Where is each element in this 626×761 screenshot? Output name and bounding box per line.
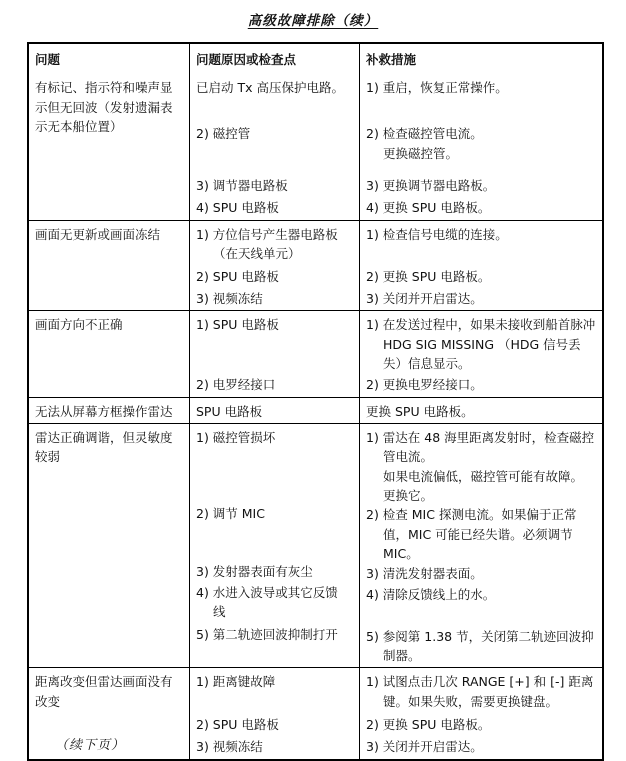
remedy-item: 4) 更换 SPU 电路板。: [366, 198, 596, 217]
remedy-cell: 1) 重启，恢复正常操作。2) 检查磁控管电流。 更换磁控管。3) 更换调节器电…: [360, 74, 602, 219]
table-header-row: 问题 问题原因或检查点 补救措施: [29, 44, 602, 74]
remedy-item: 3) 更换调节器电路板。: [366, 176, 596, 198]
column-header-cause: 问题原因或检查点: [190, 44, 360, 74]
troubleshooting-table: 问题 问题原因或检查点 补救措施 有标记、指示符和噪声显示但无回波（发射遗漏表示…: [27, 42, 604, 761]
table-row: 无法从屏幕方框操作雷达SPU 电路板更换 SPU 电路板。: [29, 397, 602, 423]
remedy-item: 1) 在发送过程中，如果未接收到船首脉冲 HDG SIG MISSING （HD…: [366, 315, 596, 375]
cause-cell: 1) 距离键故障2) SPU 电路板3) 视频冻结: [190, 668, 360, 758]
table-body: 有标记、指示符和噪声显示但无回波（发射遗漏表示无本船位置）已启动 Tx 高压保护…: [29, 74, 602, 758]
cause-item: 1) SPU 电路板: [196, 315, 353, 375]
column-header-remedy: 补救措施: [360, 44, 602, 74]
continued-note: （续下页）: [55, 734, 125, 753]
table-row: 画面方向不正确1) SPU 电路板2) 电罗经接口1) 在发送过程中，如果未接收…: [29, 310, 602, 396]
cause-cell: 1) 磁控管损坏2) 调节 MIC3) 发射器表面有灰尘4) 水进入波导或其它反…: [190, 424, 360, 667]
cause-item: SPU 电路板: [196, 402, 353, 421]
cause-item: 1) 磁控管损坏: [196, 428, 353, 504]
remedy-item: 更换 SPU 电路板。: [366, 402, 596, 421]
cause-cell: 已启动 Tx 高压保护电路。2) 磁控管3) 调节器电路板4) SPU 电路板: [190, 74, 360, 219]
remedy-cell: 1) 检查信号电缆的连接。2) 更换 SPU 电路板。3) 关闭并开启雷达。: [360, 221, 602, 310]
problem-cell: 雷达正确调谐，但灵敏度较弱: [29, 424, 190, 667]
problem-cell: 画面无更新或画面冻结: [29, 221, 190, 310]
table-row: 雷达正确调谐，但灵敏度较弱1) 磁控管损坏2) 调节 MIC3) 发射器表面有灰…: [29, 423, 602, 667]
remedy-item: 3) 关闭并开启雷达。: [366, 737, 596, 756]
remedy-item: 2) 检查磁控管电流。 更换磁控管。: [366, 124, 596, 176]
document-page: 高级故障排除（续） 问题 问题原因或检查点 补救措施 有标记、指示符和噪声显示但…: [0, 0, 626, 759]
cause-cell: SPU 电路板: [190, 398, 360, 423]
remedy-item: 3) 关闭并开启雷达。: [366, 289, 596, 308]
cause-item: 1) 方位信号产生器电路板 （在天线单元）: [196, 225, 353, 267]
problem-cell: 画面方向不正确: [29, 311, 190, 396]
cause-item: 3) 视频冻结: [196, 289, 353, 308]
remedy-cell: 1) 雷达在 48 海里距离发射时，检查磁控管电流。 如果电流偏低，磁控管可能有…: [360, 424, 602, 667]
remedy-item: 2) 更换 SPU 电路板。: [366, 267, 596, 289]
page-title: 高级故障排除（续）: [0, 9, 626, 29]
cause-item: 2) SPU 电路板: [196, 267, 353, 289]
remedy-item: 1) 雷达在 48 海里距离发射时，检查磁控管电流。 如果电流偏低，磁控管可能有…: [366, 428, 596, 506]
remedy-item: 5) 参阅第 1.38 节，关闭第二轨迹回波抑制器。: [366, 627, 596, 666]
cause-item: 3) 发射器表面有灰尘: [196, 562, 353, 583]
remedy-item: 1) 检查信号电缆的连接。: [366, 225, 596, 267]
problem-cell: 无法从屏幕方框操作雷达: [29, 398, 190, 423]
cause-item: 2) 调节 MIC: [196, 504, 353, 562]
remedy-item: 2) 更换 SPU 电路板。: [366, 715, 596, 737]
cause-item: 2) SPU 电路板: [196, 715, 353, 737]
cause-item: 2) 电罗经接口: [196, 375, 353, 394]
column-header-problem: 问题: [29, 44, 190, 74]
remedy-item: 1) 试图点击几次 RANGE [+] 和 [-] 距离键。如果失败，需要更换键…: [366, 672, 596, 715]
cause-item: 1) 距离键故障: [196, 672, 353, 715]
remedy-item: 1) 重启，恢复正常操作。: [366, 78, 596, 124]
table-row: 有标记、指示符和噪声显示但无回波（发射遗漏表示无本船位置）已启动 Tx 高压保护…: [29, 74, 602, 219]
remedy-item: 2) 更换电罗经接口。: [366, 375, 596, 394]
remedy-cell: 更换 SPU 电路板。: [360, 398, 602, 423]
remedy-cell: 1) 在发送过程中，如果未接收到船首脉冲 HDG SIG MISSING （HD…: [360, 311, 602, 396]
cause-item: 4) SPU 电路板: [196, 198, 353, 217]
cause-item: 5) 第二轨迹回波抑制打开: [196, 625, 353, 653]
remedy-item: 3) 清洗发射器表面。: [366, 564, 596, 585]
cause-item: 3) 调节器电路板: [196, 176, 353, 198]
problem-cell: 有标记、指示符和噪声显示但无回波（发射遗漏表示无本船位置）: [29, 74, 190, 219]
cause-item: 已启动 Tx 高压保护电路。: [196, 78, 353, 124]
remedy-cell: 1) 试图点击几次 RANGE [+] 和 [-] 距离键。如果失败，需要更换键…: [360, 668, 602, 758]
cause-item: 2) 磁控管: [196, 124, 353, 176]
cause-item: 3) 视频冻结: [196, 737, 353, 756]
cause-item: 4) 水进入波导或其它反馈 线: [196, 583, 353, 625]
cause-cell: 1) 方位信号产生器电路板 （在天线单元）2) SPU 电路板3) 视频冻结: [190, 221, 360, 310]
remedy-item: 2) 检查 MIC 探测电流。如果偏于正常值，MIC 可能已经失谐。必须调节 M…: [366, 505, 596, 563]
cause-cell: 1) SPU 电路板2) 电罗经接口: [190, 311, 360, 396]
table-row: 画面无更新或画面冻结1) 方位信号产生器电路板 （在天线单元）2) SPU 电路…: [29, 220, 602, 310]
remedy-item: 4) 清除反馈线上的水。: [366, 585, 596, 627]
